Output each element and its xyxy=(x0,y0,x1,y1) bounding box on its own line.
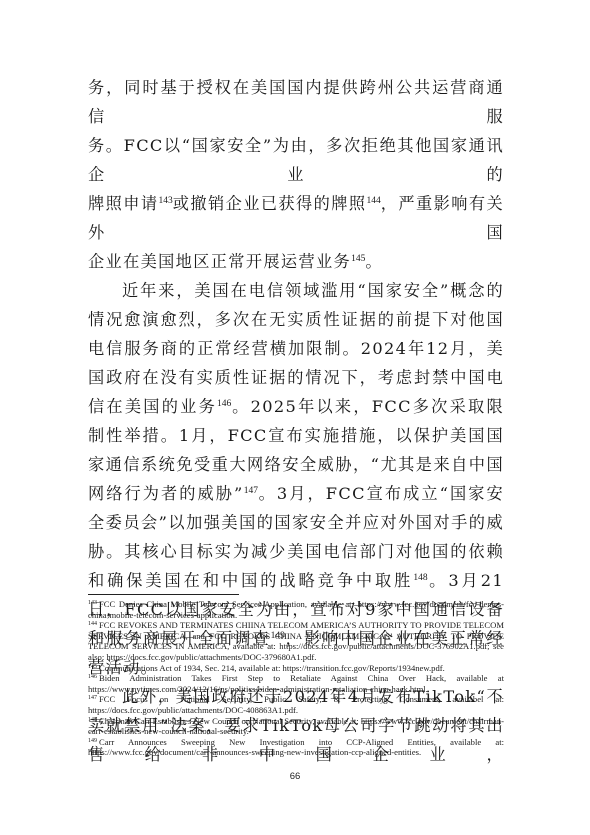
footnote-149: 149Carr Announces Sweeping New Investiga… xyxy=(88,737,504,758)
footnote-146: 146Biden Administration Takes First Step… xyxy=(88,673,504,694)
footnote-number: 149 xyxy=(88,738,97,744)
body-line: 务。FCC以“国家安全”为由，多次拒绝其他国家通讯企业的 xyxy=(88,131,504,189)
body-line: 务，同时基于授权在美国国内提供跨州公共运营商通信服 xyxy=(88,73,504,131)
footnote-text[interactable]: Carr Announces Sweeping New Investigatio… xyxy=(88,737,504,758)
body-text-span: 牌照申请 xyxy=(88,194,158,213)
body-text-span: 近年来，美国在电信领域滥用“国家安全”概念的情况愈演愈烈，多次在无实质性证据的前… xyxy=(88,281,504,416)
footnote-number: 146 xyxy=(88,674,97,680)
footnote-number: 144 xyxy=(88,621,97,627)
footnote-144: 144FCC REVOKES AND TERMINATES CHIINA TEL… xyxy=(88,620,504,662)
footnote-143: 143FCC Denies China Mobile Telecom Servi… xyxy=(88,599,504,620)
footnote-ref-143[interactable]: 143 xyxy=(158,196,172,206)
footnote-ref-146[interactable]: 146 xyxy=(217,399,231,409)
body-line: 企业在美国地区正常开展运营业务145。 xyxy=(88,247,504,276)
footnote-text[interactable]: FCC REVOKES AND TERMINATES CHIINA TELECO… xyxy=(88,620,504,662)
body-text-span: 或撤销企业已获得的牌照 xyxy=(173,194,367,213)
footnote-text[interactable]: Biden Administration Takes First Step to… xyxy=(88,673,504,694)
body-text-span: 。 xyxy=(365,252,383,271)
footnote-145: 145Communications Act of 1934, Sec. 214,… xyxy=(88,663,504,674)
footnote-ref-147[interactable]: 147 xyxy=(244,486,258,496)
footnote-number: 145 xyxy=(88,664,97,670)
body-line: 牌照申请143或撤销企业已获得的牌照144，严重影响有关外国 xyxy=(88,189,504,247)
document-page: 务，同时基于授权在美国国内提供跨州公共运营商通信服 务。FCC以“国家安全”为由… xyxy=(0,0,590,835)
page-number: 66 xyxy=(0,771,590,782)
footnote-number: 143 xyxy=(88,600,97,606)
footnote-ref-145[interactable]: 145 xyxy=(351,254,365,264)
footnote-text[interactable]: FCC Denies China Mobile Telecom Services… xyxy=(88,599,504,620)
footnote-ref-148[interactable]: 148 xyxy=(413,573,427,583)
footnotes: 143FCC Denies China Mobile Telecom Servi… xyxy=(88,599,504,758)
footnote-text[interactable]: FCC Focus on National Security, Public S… xyxy=(88,694,504,715)
footnote-text[interactable]: Chairman Carr Establishes New Council on… xyxy=(88,716,504,737)
footnote-number: 148 xyxy=(88,717,97,723)
footnote-text[interactable]: Communications Act of 1934, Sec. 214, av… xyxy=(99,663,445,673)
footnote-147: 147FCC Focus on National Security, Publi… xyxy=(88,694,504,715)
body-text-span: 企业在美国地区正常开展运营业务 xyxy=(88,252,351,271)
footnote-ref-144[interactable]: 144 xyxy=(366,196,380,206)
footnote-number: 147 xyxy=(88,695,97,701)
footnote-separator xyxy=(88,594,239,595)
footnote-148: 148Chairman Carr Establishes New Council… xyxy=(88,716,504,737)
